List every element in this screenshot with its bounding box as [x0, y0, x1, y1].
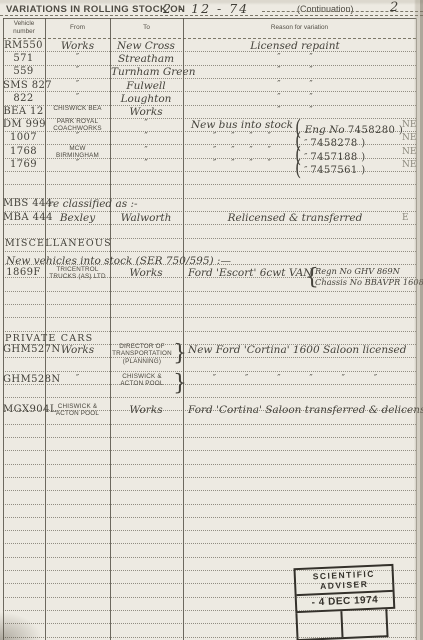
ruled-line: [3, 450, 416, 451]
ruled-line: [3, 557, 416, 558]
table-row: MBA 444BexleyWalworthRelicensed & transf…: [0, 212, 423, 225]
handwritten-date: 2 - 12 - 74: [163, 1, 249, 16]
from-cell: Bexley: [47, 212, 108, 224]
from-cell: ″: [47, 93, 108, 103]
col-header-to-label: To: [143, 24, 150, 32]
reclassified-note: re classified as :-: [48, 198, 138, 210]
to-brace: }: [173, 341, 187, 366]
vehicle-number-cell: MBA 444: [3, 212, 44, 223]
ruled-line: [3, 331, 416, 332]
detail-line: Chassis No BBAVPR 16084: [315, 277, 423, 288]
detail-line: Regn No GHV 869N: [315, 266, 423, 277]
reason-cell: ″ ″: [188, 80, 402, 90]
vehicle-number-cell: 571: [3, 53, 44, 64]
ruled-line: [3, 517, 416, 518]
ruled-line: [3, 490, 416, 491]
col-header-from: From: [45, 18, 110, 38]
to-cell: Works: [111, 404, 181, 416]
margin-note: NE: [402, 133, 416, 143]
vehicle-number-cell: 1769: [3, 159, 44, 170]
ruled-line: [3, 464, 416, 465]
vehicle-number-cell: GHM527N: [3, 344, 44, 355]
from-cell: ″: [47, 374, 108, 384]
to-cell: New Cross: [111, 40, 181, 52]
date-stamp-box: SCIENTIFIC ADVISER - 4 DEC 1974: [293, 564, 395, 613]
col-header-reason-label: Reason for variation: [271, 24, 328, 32]
reason-cell: ″ ″: [188, 66, 402, 76]
ruled-line: [3, 530, 416, 531]
from-cell: Works: [47, 344, 108, 356]
ruled-line: [3, 397, 416, 398]
reason-cell: New bus into stock: [188, 119, 296, 131]
from-cell: ″: [47, 132, 108, 142]
vehicle-number-cell: RM550: [3, 40, 44, 51]
to-cell: Works: [111, 106, 181, 118]
vehicle-number-cell: MBS 444: [3, 198, 44, 209]
ruled-line: [3, 477, 416, 478]
engine-number-label: ″: [301, 166, 310, 176]
table-row: 1007″″″ ″ ″ ″( ″ 7458278 )NE: [0, 132, 423, 145]
ruled-line: [3, 543, 416, 544]
to-brace: }: [173, 371, 187, 396]
from-cell: ″: [47, 159, 108, 169]
table-row: 571″Streatham″ ″: [0, 53, 423, 66]
from-cell: Works: [47, 40, 108, 52]
to-cell: Works: [111, 267, 181, 279]
stamp-empty-cells: [295, 609, 388, 640]
continuation-underline: [262, 11, 423, 12]
from-cell: CHISWICK BEA: [47, 105, 108, 112]
vehicle-number-cell: GHM528N: [3, 374, 44, 385]
to-cell: ″: [111, 159, 181, 169]
engine-number-block: ( ″ 7457561 ): [295, 158, 407, 178]
continuation-label: (Continuation): [297, 4, 354, 14]
table-row: MBS 444re classified as :-: [0, 198, 423, 211]
section-heading: PRIVATE CARS: [5, 333, 93, 344]
col-header-vehicle: Vehicle number: [3, 18, 45, 38]
reason-cell: Relicensed & transferred: [188, 212, 402, 224]
vehicle-number-cell: BEA 12: [3, 106, 44, 117]
ruled-line: [3, 504, 416, 505]
table-row: GHM527NWorksDIRECTOR OF TRANSPORTATION (…: [0, 344, 423, 357]
header-bottom-border: [3, 38, 416, 39]
title-underline: [0, 15, 423, 16]
to-cell: CHISWICK & ACTON POOL: [111, 373, 173, 388]
form-title: VARIATIONS IN ROLLING STOCK ON: [6, 4, 185, 15]
table-row: MGX904LCHISWICK & ACTON POOLWorksFord 'C…: [0, 404, 423, 417]
vehicle-number-cell: 1869F: [3, 267, 44, 278]
from-cell: TRICENTROL TRUCKS (AS) LTD: [47, 266, 108, 281]
from-cell: PARK ROYAL COACHWORKS: [47, 118, 108, 133]
table-row: MISCELLANEOUS: [0, 238, 423, 251]
engine-number-value: 7457561 ): [310, 165, 365, 176]
scanned-form-page: VARIATIONS IN ROLLING STOCK ON 2 - 12 - …: [0, 0, 423, 640]
reason-cell: ″ ″: [188, 93, 402, 103]
from-cell: ″: [47, 66, 108, 76]
table-row: 1768MCW BIRMINGHAM″″ ″ ″ ″( ″ 7457188 )N…: [0, 146, 423, 159]
table-row: 1869FTRICENTROL TRUCKS (AS) LTDWorksFord…: [0, 267, 423, 280]
from-cell: MCW BIRMINGHAM: [47, 145, 108, 160]
from-cell: ″: [47, 53, 108, 63]
vehicle-number-cell: MGX904L: [3, 404, 44, 415]
to-cell: Loughton: [111, 93, 181, 105]
reason-cell: Ford 'Escort' 6cwt VAN: [188, 267, 308, 279]
ruled-line: [3, 371, 416, 372]
from-cell: CHISWICK & ACTON POOL: [47, 403, 108, 418]
to-cell: Fulwell: [111, 80, 181, 92]
section-heading: MISCELLANEOUS: [5, 238, 112, 249]
stamp-cell-right: [342, 609, 386, 637]
table-row: SMS 827″Fulwell″ ″: [0, 80, 423, 93]
ruled-line: [3, 291, 416, 292]
margin-note: E: [402, 213, 409, 223]
vehicle-number-cell: 559: [3, 66, 44, 77]
table-row: RM550WorksNew CrossLicensed repaint: [0, 40, 423, 53]
reason-cell: ″ ″: [188, 53, 402, 63]
col-header-reason: Reason for variation: [183, 18, 416, 38]
open-paren: (: [295, 155, 301, 181]
stamp-cell-left: [297, 611, 343, 639]
vehicle-number-cell: DM 999: [3, 119, 44, 130]
vehicle-number-cell: 822: [3, 93, 44, 104]
ruled-line: [3, 357, 416, 358]
reason-cell: ″ ″ ″ ″ ″ ″: [188, 374, 402, 384]
ruled-line: [3, 317, 416, 318]
to-cell: DIRECTOR OF TRANSPORTATION (PLANNING): [111, 343, 173, 365]
to-cell: ″: [111, 132, 181, 142]
reason-cell: ″ ″ ″ ″: [188, 132, 296, 142]
margin-note: NE: [402, 160, 416, 170]
reason-cell: ″ ″ ″ ″: [188, 146, 296, 156]
vehicle-number-cell: SMS 827: [3, 80, 44, 91]
to-cell: Turnham Green: [111, 66, 181, 78]
reason-cell: Ford 'Cortina' Saloon transferred & deli…: [188, 404, 402, 416]
vehicle-number-cell: 1768: [3, 146, 44, 157]
table-row: GHM528N″CHISWICK & ACTON POOL}″ ″ ″ ″ ″ …: [0, 374, 423, 387]
col-header-vehicle-label: Vehicle number: [9, 20, 39, 36]
table-row: 559″Turnham Green″ ″: [0, 66, 423, 79]
spanning-note: New vehicles into stock (SER 750/595) :—: [6, 255, 231, 267]
table-row: DM 999PARK ROYAL COACHWORKS″New bus into…: [0, 119, 423, 132]
margin-note: NE: [402, 147, 416, 157]
reason-cell: Licensed repaint: [188, 40, 402, 52]
reason-cell: ″ ″ ″ ″: [188, 159, 296, 169]
margin-note: NE: [402, 120, 416, 130]
to-cell: Streatham: [111, 53, 181, 65]
col-header-from-label: From: [70, 24, 85, 32]
detail-lines: Regn No GHV 869NChassis No BBAVPR 16084: [315, 266, 423, 288]
to-cell: Walworth: [111, 212, 181, 224]
ruled-line: [3, 437, 416, 438]
ruled-line: [3, 424, 416, 425]
to-cell: ″: [111, 119, 181, 129]
to-cell: ″: [111, 146, 181, 156]
page-number: 2: [390, 0, 398, 15]
vehicle-number-cell: 1007: [3, 132, 44, 143]
date-stamp: SCIENTIFIC ADVISER - 4 DEC 1974: [293, 564, 396, 640]
reason-cell: New Ford 'Cortina' 1600 Saloon licensed: [188, 344, 402, 356]
ruled-line: [3, 184, 416, 185]
col-header-to: To: [110, 18, 183, 38]
ruled-line: [3, 304, 416, 305]
table-row: 1769″″″ ″ ″ ″( ″ 7457561 )NE: [0, 159, 423, 172]
from-cell: ″: [47, 80, 108, 90]
stamp-date: - 4 DEC 1974: [297, 590, 394, 611]
